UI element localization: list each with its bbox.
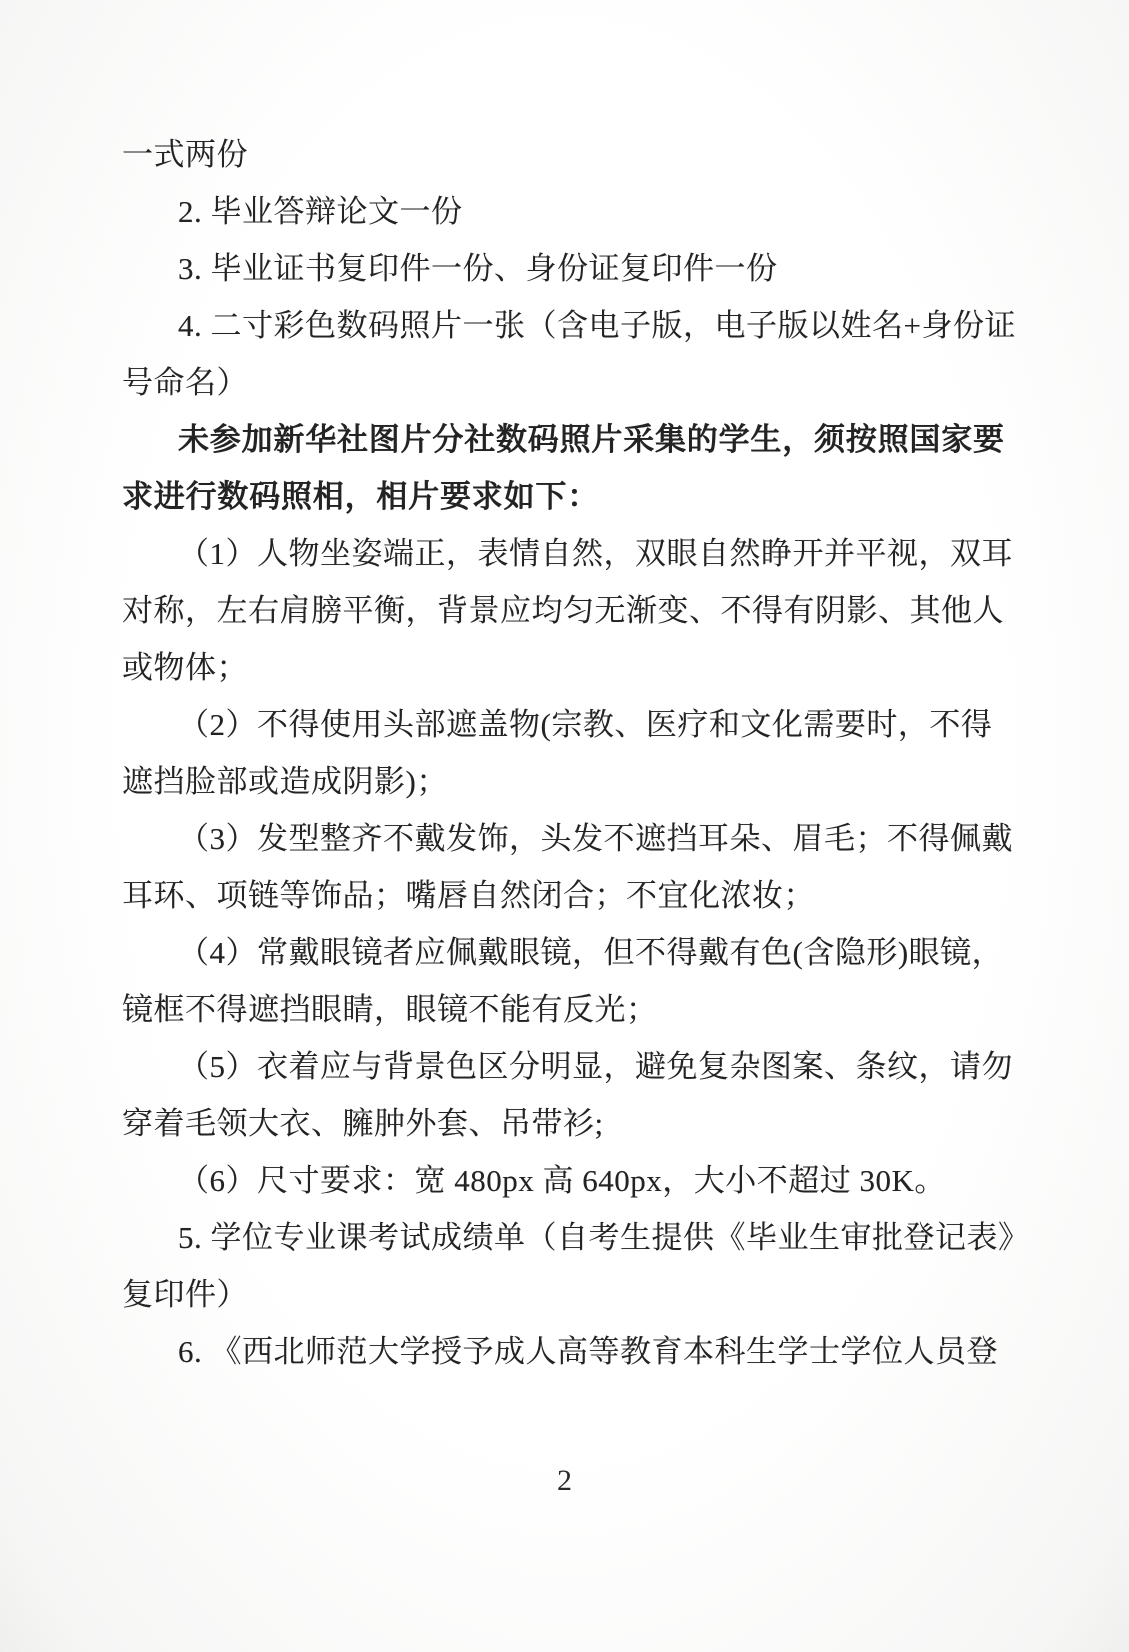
photo-requirement-4-continued: 镜框不得遮挡眼睛，眼镜不能有反光； [122,981,1011,1038]
photo-requirement-2: （2）不得使用头部遮盖物(宗教、医疗和文化需要时，不得 [122,696,1011,753]
list-item-6-registration-form: 6. 《西北师范大学授予成人高等教育本科生学士学位人员登 [122,1323,1011,1380]
photo-requirement-5-continued: 穿着毛领大衣、臃肿外套、吊带衫; [122,1095,1011,1152]
list-item-2-thesis: 2. 毕业答辩论文一份 [122,183,1011,240]
photo-requirement-6-size: （6）尺寸要求：宽 480px 高 640px，大小不超过 30K。 [122,1152,1011,1209]
photo-requirement-1-continued: 对称，左右肩膀平衡，背景应均匀无渐变、不得有阴影、其他人 [122,582,1011,639]
document-body: 一式两份 2. 毕业答辩论文一份 3. 毕业证书复印件一份、身份证复印件一份 4… [122,126,1011,1380]
list-item-5-transcript-continued: 复印件） [122,1266,1011,1323]
list-item-4-photo: 4. 二寸彩色数码照片一张（含电子版，电子版以姓名+身份证 [122,297,1011,354]
photo-requirement-1-end: 或物体； [122,639,1011,696]
page-number: 2 [0,1452,1129,1509]
photo-requirement-3-continued: 耳环、项链等饰品；嘴唇自然闭合；不宜化浓妆； [122,867,1011,924]
list-item-3-certificate-copies: 3. 毕业证书复印件一份、身份证复印件一份 [122,240,1011,297]
photo-requirement-2-continued: 遮挡脸部或造成阴影)； [122,753,1011,810]
list-item-5-transcript: 5. 学位专业课考试成绩单（自考生提供《毕业生审批登记表》 [122,1209,1011,1266]
list-item-4-photo-continued: 号命名） [122,354,1011,411]
photo-requirement-4: （4）常戴眼镜者应佩戴眼镜，但不得戴有色(含隐形)眼镜， [122,924,1011,981]
photo-requirement-5: （5）衣着应与背景色区分明显，避免复杂图案、条纹，请勿 [122,1038,1011,1095]
notice-bold-line-1: 未参加新华社图片分社数码照片采集的学生，须按照国家要 [122,411,1011,468]
notice-bold-line-2: 求进行数码照相，相片要求如下： [122,468,1011,525]
photo-requirement-1: （1）人物坐姿端正，表情自然，双眼自然睁开并平视，双耳 [122,525,1011,582]
text-line-continued-copies: 一式两份 [122,126,1011,183]
photo-requirement-3: （3）发型整齐不戴发饰，头发不遮挡耳朵、眉毛；不得佩戴 [122,810,1011,867]
document-page: 一式两份 2. 毕业答辩论文一份 3. 毕业证书复印件一份、身份证复印件一份 4… [0,0,1129,1652]
